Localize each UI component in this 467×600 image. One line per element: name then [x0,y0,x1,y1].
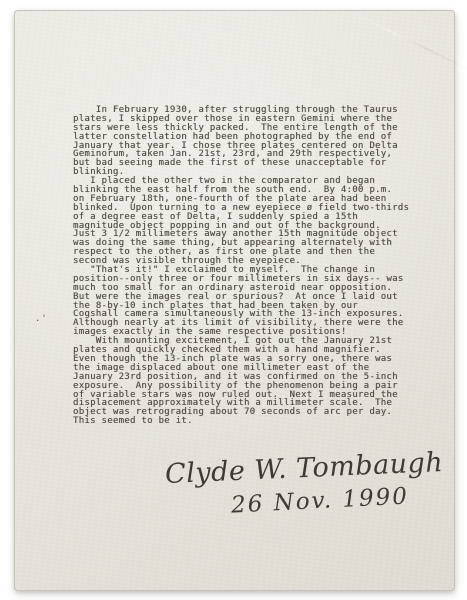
paper-crease [351,12,467,73]
typed-line: This seemed to be it. [73,417,409,426]
letter-page: In February 1930, after struggling throu… [14,10,455,591]
signature-date-handwriting: 26 Nov. 1990 [230,483,409,518]
stray-ink-mark: .' [35,314,48,324]
typed-letter-body: In February 1930, after struggling throu… [73,106,409,426]
photo-background: In February 1930, after struggling throu… [0,0,467,600]
